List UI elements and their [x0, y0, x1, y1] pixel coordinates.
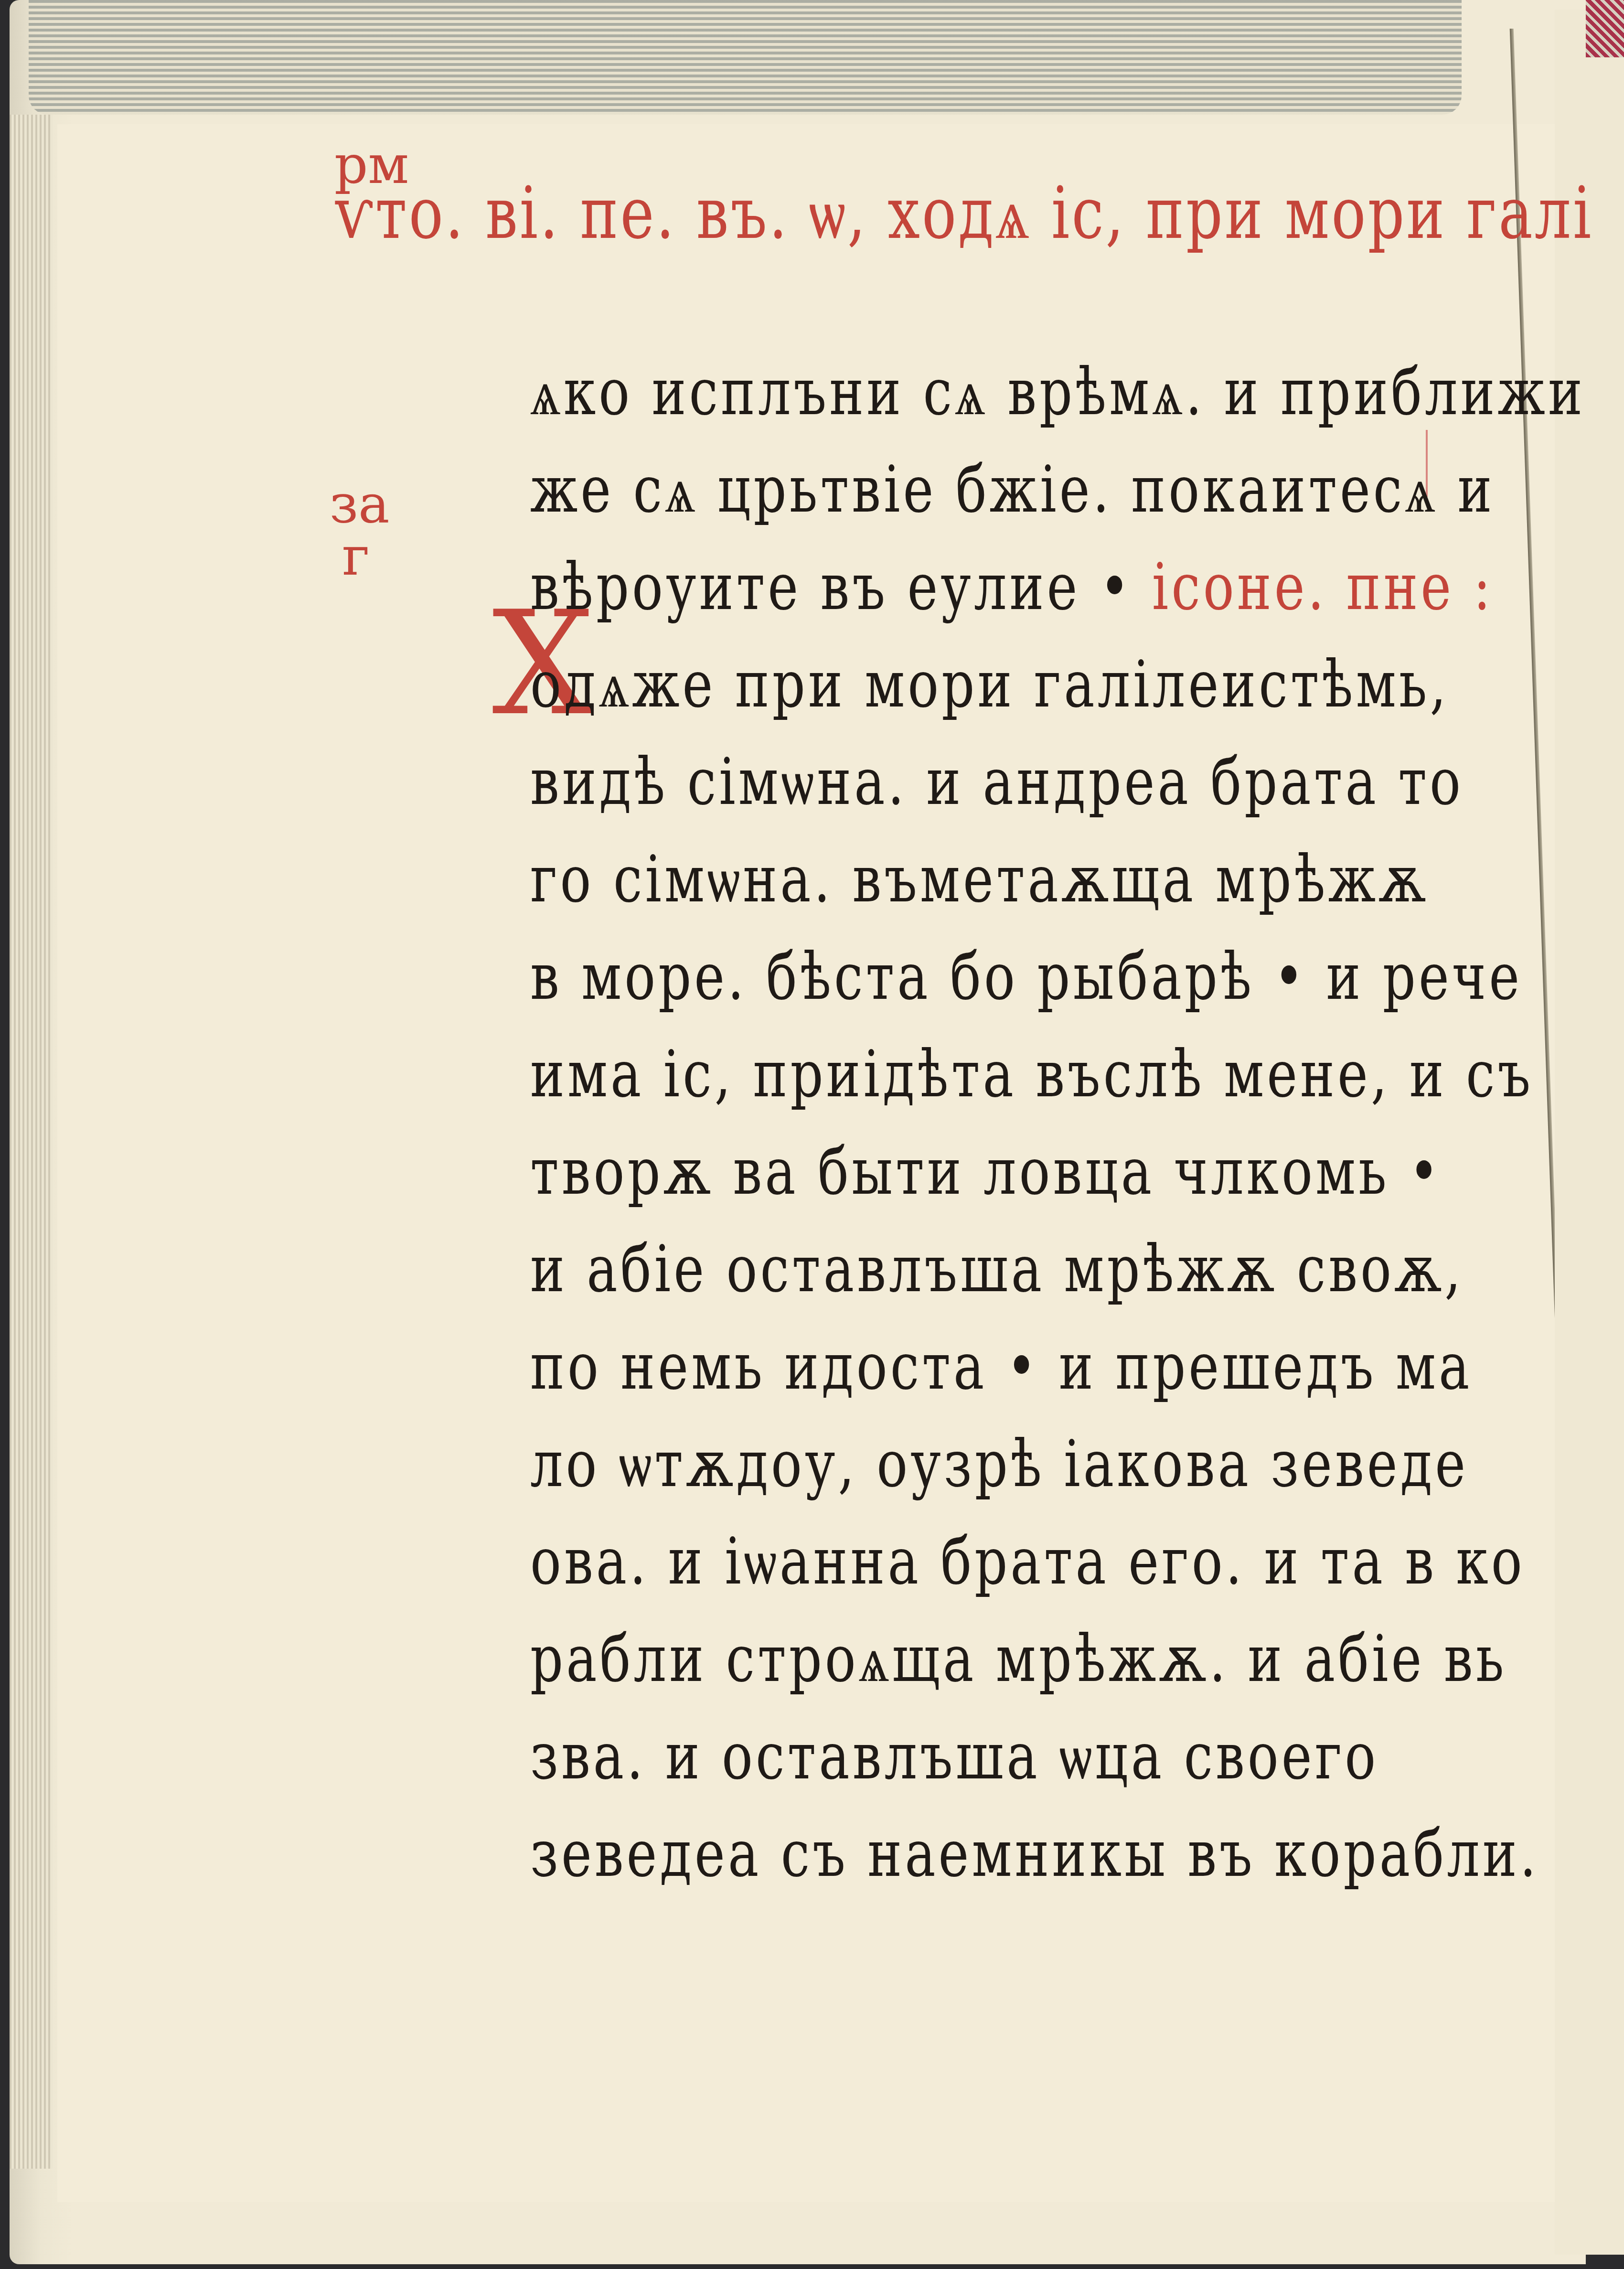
- page-edges-left: [10, 115, 53, 2169]
- facing-page-edge: [1555, 10, 1624, 2255]
- rubric-inline: ісоне. пне :: [1152, 550, 1494, 624]
- bookmark-ribbon: [1586, 0, 1624, 57]
- text-line: зеведеа съ наемникы въ корабли.: [530, 1794, 1438, 1916]
- margin-pericope-mark: за г: [330, 478, 382, 583]
- text-line-content: вѣроуите въ еулие •: [530, 550, 1133, 624]
- rubric-heading: ѵто. ві. пе. въ. ѡ, ходѧ іс, при мори га…: [334, 172, 1593, 255]
- main-text-block: ѧко исплъни сѧ врѣмѧ. и приближи же сѧ ц…: [530, 344, 1438, 1903]
- page-edges-top: [29, 0, 1462, 115]
